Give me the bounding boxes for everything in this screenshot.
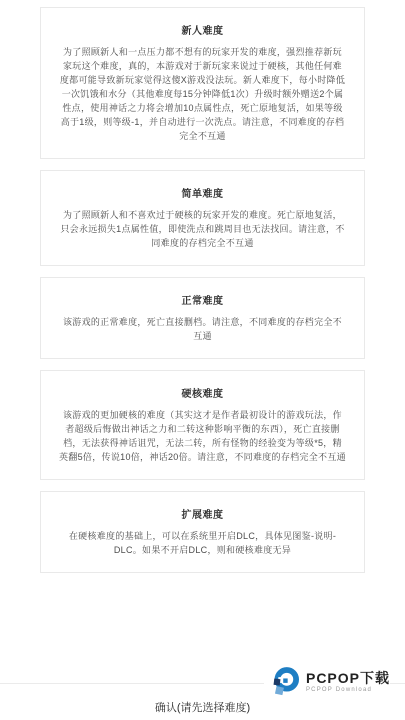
difficulty-select-screen: 新人难度 为了照顾新人和一点压力都不想有的玩家开发的难度，强烈推荐新玩家玩这个难… <box>0 0 405 720</box>
pcpop-watermark-text: PCPOP下载 PCPOP Download <box>306 671 390 694</box>
difficulty-title: 简单难度 <box>59 185 346 200</box>
difficulty-card-list: 新人难度 为了照顾新人和一点压力都不想有的玩家开发的难度，强烈推荐新玩家玩这个难… <box>40 7 365 584</box>
confirm-button[interactable]: 确认(请先选择难度) <box>155 699 250 715</box>
difficulty-description: 该游戏的正常难度，死亡直接删档。请注意，不同难度的存档完全不互通 <box>59 315 346 343</box>
difficulty-description: 为了照顾新人和一点压力都不想有的玩家开发的难度，强烈推荐新玩家玩这个难度，真的，… <box>59 45 346 143</box>
difficulty-card-hardcore[interactable]: 硬核难度 该游戏的更加硬核的难度（其实这才是作者最初设计的游戏玩法，作者超级后悔… <box>40 370 365 480</box>
difficulty-card-easy[interactable]: 简单难度 为了照顾新人和不喜欢过于硬核的玩家开发的难度。死亡原地复活，只会永远损… <box>40 170 365 266</box>
difficulty-card-normal[interactable]: 正常难度 该游戏的正常难度，死亡直接删档。请注意，不同难度的存档完全不互通 <box>40 277 365 359</box>
pcpop-watermark: PCPOP下载 PCPOP Download <box>264 662 390 702</box>
pcpop-brand-label: PCPOP下载 <box>306 671 390 686</box>
difficulty-card-newbie[interactable]: 新人难度 为了照顾新人和一点压力都不想有的玩家开发的难度，强烈推荐新玩家玩这个难… <box>40 7 365 159</box>
difficulty-description: 在硬核难度的基础上，可以在系统里开启DLC，具体见图鉴-说明-DLC。如果不开启… <box>59 529 346 557</box>
difficulty-title: 新人难度 <box>59 22 346 37</box>
difficulty-card-expansion[interactable]: 扩展难度 在硬核难度的基础上，可以在系统里开启DLC，具体见图鉴-说明-DLC。… <box>40 491 365 573</box>
difficulty-title: 正常难度 <box>59 292 346 307</box>
pcpop-brand-subtitle: PCPOP Download <box>306 687 390 694</box>
difficulty-title: 扩展难度 <box>59 506 346 521</box>
difficulty-description: 该游戏的更加硬核的难度（其实这才是作者最初设计的游戏玩法，作者超级后悔做出神话之… <box>59 408 346 464</box>
difficulty-description: 为了照顾新人和不喜欢过于硬核的玩家开发的难度。死亡原地复活，只会永远损失1点属性… <box>59 208 346 250</box>
pcpop-logo-icon <box>269 666 301 698</box>
difficulty-title: 硬核难度 <box>59 385 346 400</box>
